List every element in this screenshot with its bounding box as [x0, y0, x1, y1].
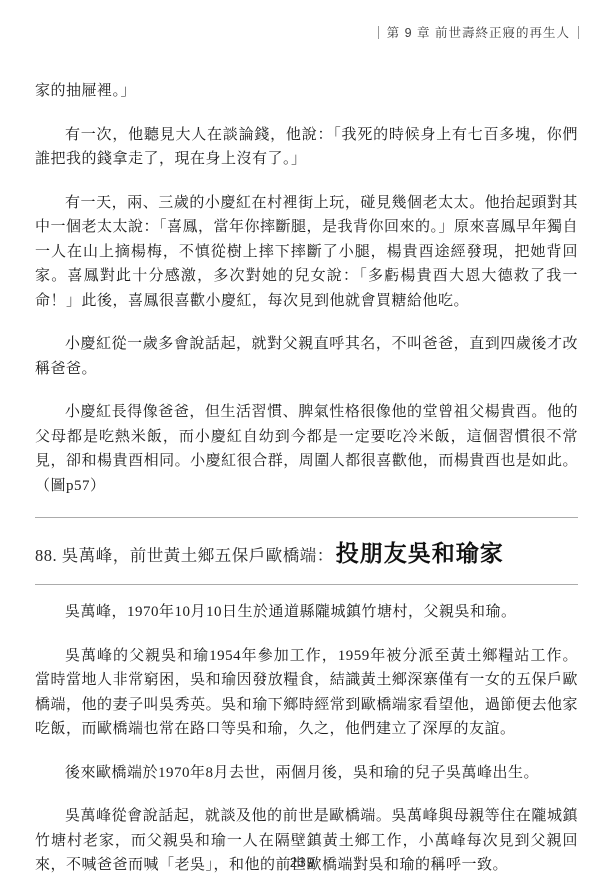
- paragraph: 有一天，兩、三歲的小慶紅在村裡街上玩，碰見幾個老太太。他抬起頭對其中一個老太太說…: [35, 191, 578, 314]
- page-number: 239: [0, 855, 605, 870]
- paragraph: 吳萬峰的父親吳和瑜1954年參加工作，1959年被分派至黃土鄉糧站工作。當時當地…: [35, 644, 578, 742]
- section-title-bold: 投朋友吳和瑜家: [336, 535, 504, 568]
- divider-bar-right: [578, 26, 579, 39]
- divider-bar-left: [378, 26, 379, 39]
- paragraph: 小慶紅從一歲多會說話起，就對父親直呼其名，不叫爸爸，直到四歲後才改稱爸爸。: [35, 332, 578, 381]
- paragraph: 後來歐橋端於1970年8月去世，兩個月後，吳和瑜的兒子吳萬峰出生。: [35, 761, 578, 786]
- chapter-title: 第 9 章 前世壽終正寢的再生人: [387, 23, 570, 41]
- book-page: 第 9 章 前世壽終正寢的再生人 家的抽屜裡。」 有一次，他聽見大人在談論錢，他…: [0, 0, 605, 896]
- section-heading: 88. 吳萬峰，前世黃土鄉五保戶歐橋端：投朋友吳和瑜家: [35, 517, 578, 585]
- page-content: 家的抽屜裡。」 有一次，他聽見大人在談論錢，他說：「我死的時候身上有七百多塊，你…: [35, 79, 578, 896]
- section-number-and-subject: 88. 吳萬峰，前世黃土鄉五保戶歐橋端：: [35, 542, 334, 566]
- running-head: 第 9 章 前世壽終正寢的再生人: [378, 23, 579, 41]
- paragraph: 有一次，他聽見大人在談論錢，他說：「我死的時候身上有七百多塊，你們誰把我的錢拿走…: [35, 123, 578, 172]
- paragraph: 吳萬峰，1970年10月10日生於通道縣隴城鎮竹塘村，父親吳和瑜。: [35, 600, 578, 625]
- paragraph: 小慶紅長得像爸爸，但生活習慣、脾氣性格很像他的堂曾祖父楊貴酉。他的父母都是吃熱米…: [35, 400, 578, 498]
- paragraph-continuation: 家的抽屜裡。」: [35, 79, 578, 104]
